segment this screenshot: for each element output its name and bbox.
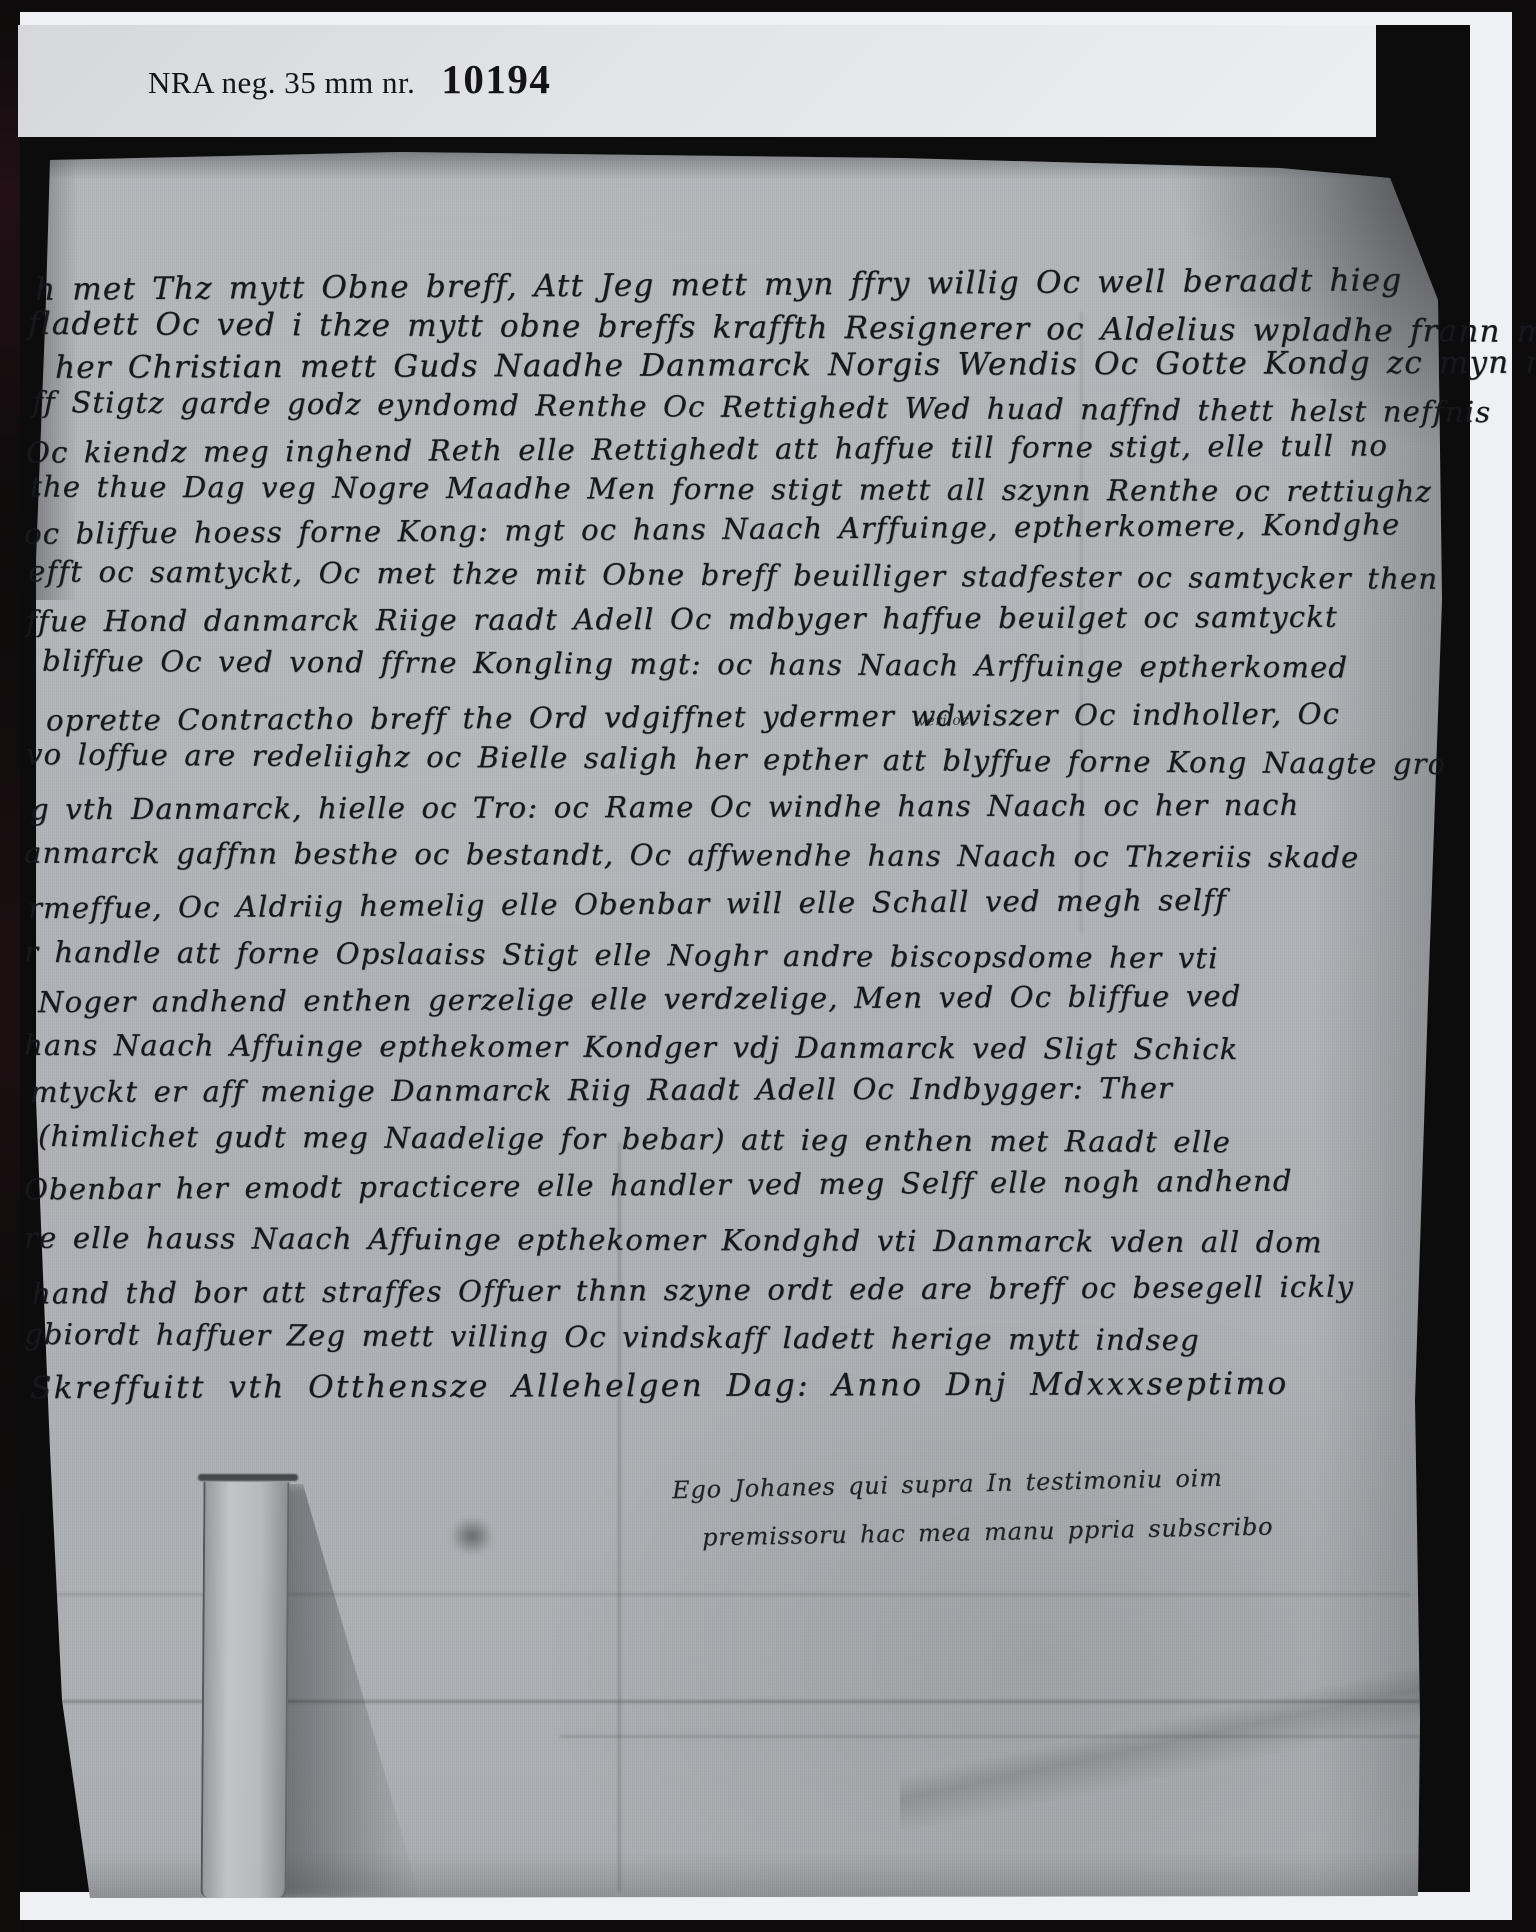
manuscript-line: mtyckt er aff menige Danmarck Riig Raadt… — [30, 1071, 1173, 1109]
manuscript-text: h met Thz mytt Obne breff, Att Jeg mett … — [20, 12, 1512, 1920]
signature-line: Ego Johanes qui supra In testimoniu oim — [672, 1464, 1223, 1504]
manuscript-line: anmarck gaffnn besthe oc bestandt, Oc af… — [24, 836, 1359, 875]
manuscript-line: fladett Oc ved i thze mytt obne breffs k… — [28, 306, 1536, 350]
manuscript-line: vo loffue are redeliighz oc Bielle salig… — [26, 737, 1446, 781]
manuscript-line: oprette Contractho breff the Ord vdgiffn… — [46, 697, 1340, 738]
manuscript-line: bliffue Oc ved vond ffrne Kongling mgt: … — [42, 644, 1348, 685]
manuscript-line: hans Naach Affuinge epthekomer Kondger v… — [24, 1028, 1239, 1066]
manuscript-line: oc bliffue hoess forne Kong: mgt oc hans… — [24, 507, 1401, 551]
manuscript-line: gbiordt haffuer Zeg mett villing Oc vind… — [24, 1317, 1200, 1357]
background-edge-tint — [0, 0, 22, 1932]
manuscript-line: Oc kiendz meg inghend Reth elle Rettighe… — [26, 428, 1388, 469]
manuscript-line: Obenbar her emodt practicere elle handle… — [24, 1164, 1293, 1207]
manuscript-line: her Christian mett Guds Naadhe Danmarck … — [55, 344, 1536, 386]
manuscript-line: re elle hauss Naach Affuinge epthekomer … — [24, 1221, 1323, 1260]
manuscript-line: r handle att forne Opslaaiss Stigt elle … — [24, 935, 1219, 975]
manuscript-dateline: Skreffuitt vth Otthensze Allehelgen Dag:… — [30, 1366, 1289, 1406]
manuscript-line: (himlichet gudt meg Naadelige for bebar)… — [38, 1119, 1231, 1159]
manuscript-line: the thue Dag veg Nogre Maadhe Men forne … — [30, 470, 1432, 509]
manuscript-line: hand thd bor att straffes Offuer thnn sz… — [32, 1270, 1354, 1311]
manuscript-line: h met Thz mytt Obne breff, Att Jeg mett … — [35, 262, 1403, 308]
manuscript-line: g vth Danmarck, hielle oc Tro: oc Rame O… — [30, 788, 1300, 826]
manuscript-line: Noger andhend enthen gerzelige elle verd… — [38, 979, 1242, 1019]
interlinear-note: veri oc — [918, 713, 970, 730]
signature-line: premissoru hac mea manu ppria subscribo — [702, 1513, 1274, 1552]
manuscript-line: efft oc samtyckt, Oc met thze mit Obne b… — [28, 554, 1438, 595]
manuscript-line: ff Stigtz garde godz eyndomd Renthe Oc R… — [32, 385, 1491, 429]
manuscript-line: ffue Hond danmarck Riige raadt Adell Oc … — [26, 600, 1338, 639]
manuscript-line: rmeffue, Oc Aldriig hemelig elle Obenbar… — [28, 883, 1227, 925]
